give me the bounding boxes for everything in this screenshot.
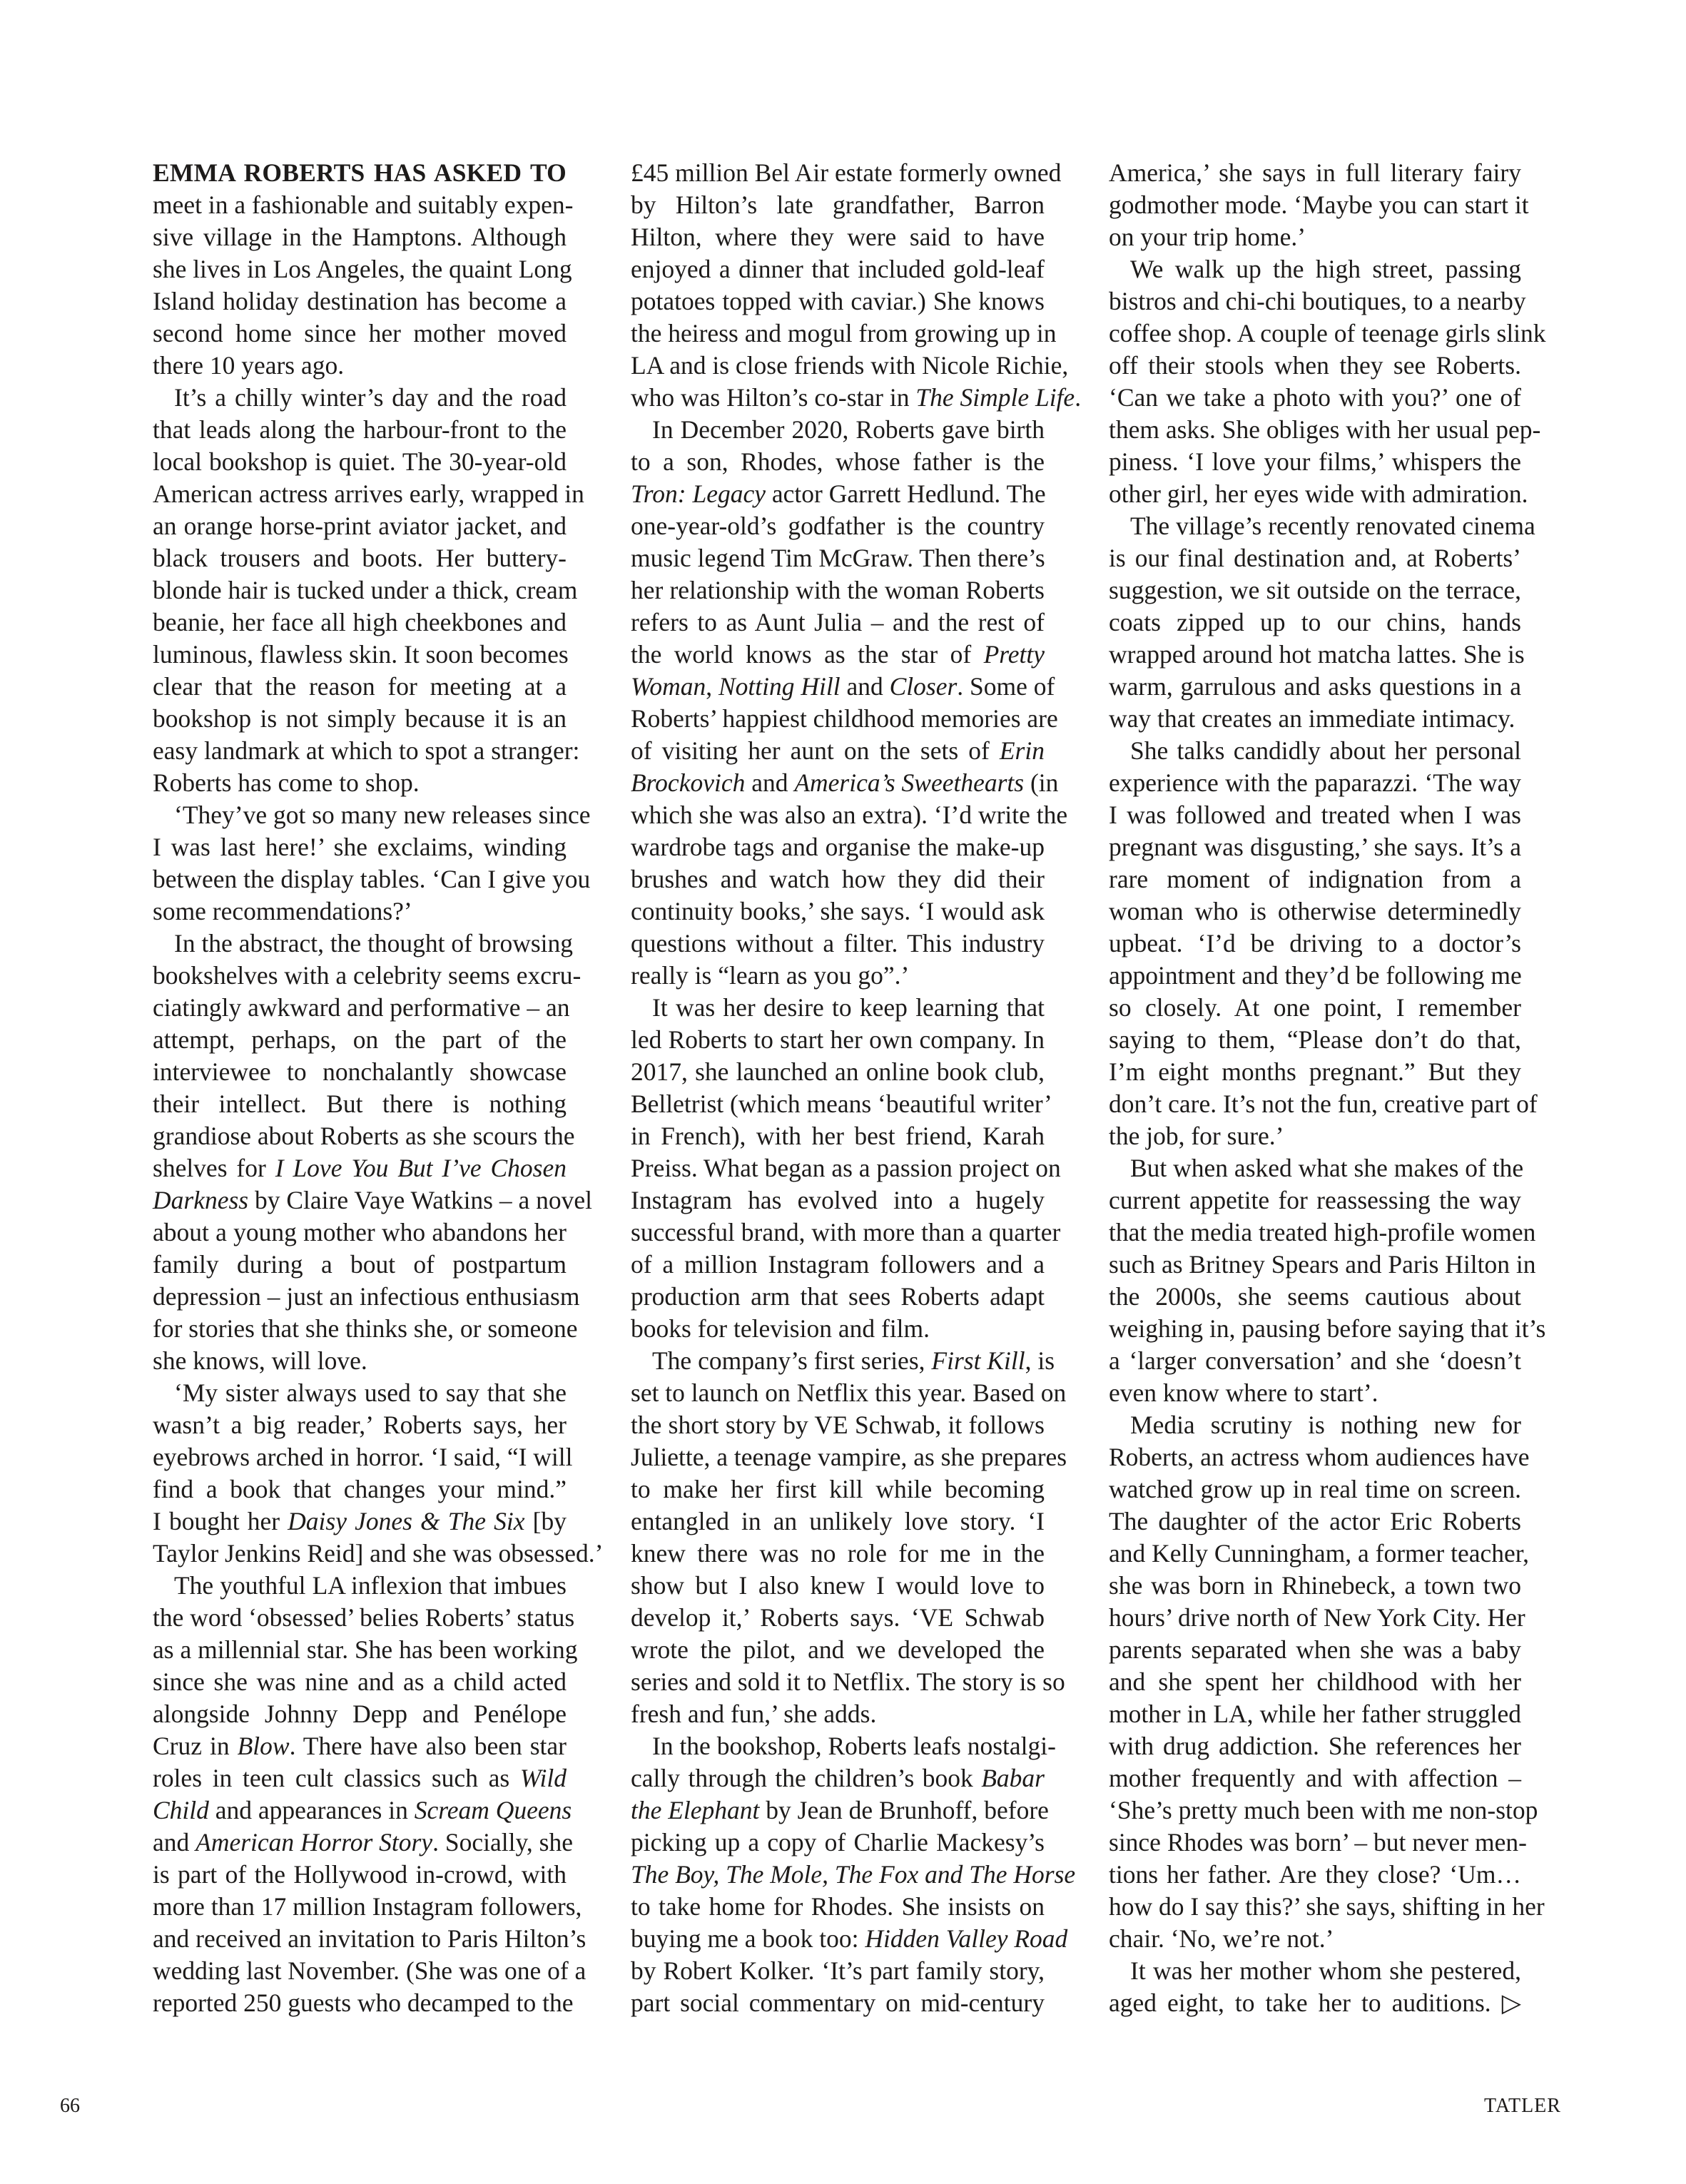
- text-run: wasn’t a big reader,’ Roberts says, her: [153, 1411, 567, 1439]
- text-line: appointment and they’d be following me: [1109, 960, 1521, 992]
- text-line: find a book that changes your mind.”: [153, 1473, 567, 1505]
- text-run: blonde hair is tucked under a thick, cre…: [153, 576, 577, 604]
- title-italic: Brockovich: [631, 768, 745, 797]
- text-line: and American Horror Story. Socially, she: [153, 1827, 567, 1859]
- text-line: Roberts’ happiest childhood memories are: [631, 703, 1045, 735]
- text-run: appointment and they’d be following me: [1109, 961, 1522, 990]
- text-run: It was her mother whom she pestered,: [1130, 1956, 1521, 1985]
- title-italic: Notting Hill: [718, 672, 841, 701]
- text-line: Belletrist (which means ‘beautiful write…: [631, 1088, 1045, 1120]
- text-run: roles in teen cult classics such as: [153, 1764, 520, 1792]
- text-run: Cruz in: [153, 1732, 238, 1760]
- text-line: ‘Can we take a photo with you?’ one of: [1109, 382, 1521, 414]
- text-run: But when asked what she makes of the: [1130, 1154, 1523, 1182]
- text-line: wasn’t a big reader,’ Roberts says, her: [153, 1409, 567, 1441]
- title-italic: Woman: [631, 672, 706, 701]
- text-line: books for television and film.: [631, 1313, 1045, 1345]
- text-run: alongside Johnny Depp and Penélope: [153, 1700, 567, 1728]
- text-line: successful brand, with more than a quart…: [631, 1217, 1045, 1249]
- text-run: ‘They’ve got so many new releases since: [174, 801, 591, 829]
- text-line: buying me a book too: Hidden Valley Road: [631, 1923, 1045, 1955]
- text-run: music legend Tim McGraw. Then there’s: [631, 544, 1045, 572]
- text-run: set to launch on Netflix this year. Base…: [631, 1378, 1066, 1407]
- text-run: parents separated when she was a baby: [1109, 1635, 1521, 1664]
- text-line: part social commentary on mid-century: [631, 1987, 1045, 2019]
- text-run: suggestion, we sit outside on the terrac…: [1109, 576, 1521, 604]
- text-run: LA and is close friends with Nicole Rich…: [631, 351, 1068, 380]
- text-line: and Kelly Cunningham, a former teacher,: [1109, 1538, 1521, 1570]
- text-line: that leads along the harbour-front to th…: [153, 414, 567, 446]
- text-line: and received an invitation to Paris Hilt…: [153, 1923, 567, 1955]
- text-line: Child and appearances in Scream Queens: [153, 1794, 567, 1827]
- text-run: really is “learn as you go”.’: [631, 961, 909, 990]
- text-run: Preiss. What began as a passion project …: [631, 1154, 1061, 1182]
- text-line: But when asked what she makes of the: [1109, 1152, 1521, 1184]
- text-line: knew there was no role for me in the: [631, 1538, 1045, 1570]
- text-run: ciatingly awkward and performative – an: [153, 993, 570, 1022]
- text-run: questions without a filter. This industr…: [631, 929, 1045, 958]
- text-line: the Elephant by Jean de Brunhoff, before: [631, 1794, 1045, 1827]
- text-run: interviewee to nonchalantly showcase: [153, 1057, 567, 1086]
- text-run: attempt, perhaps, on the part of the: [153, 1025, 567, 1054]
- text-run: black trousers and boots. Her buttery-: [153, 544, 567, 572]
- text-line: beanie, her face all high cheekbones and: [153, 606, 567, 639]
- text-run: shelves for: [153, 1154, 275, 1182]
- text-run: meet in a fashionable and suitably expen…: [153, 191, 574, 219]
- text-run: way that creates an immediate intimacy.: [1109, 704, 1515, 733]
- text-run: find a book that changes your mind.”: [153, 1475, 567, 1503]
- text-run: production arm that sees Roberts adapt: [631, 1282, 1045, 1311]
- text-line: saying to them, “Please don’t do that,: [1109, 1024, 1521, 1056]
- text-run: series and sold it to Netflix. The story…: [631, 1667, 1065, 1696]
- text-line: picking up a copy of Charlie Mackesy’s: [631, 1827, 1045, 1859]
- text-line: Roberts, an actress whom audiences have: [1109, 1441, 1521, 1473]
- text-run: picking up a copy of Charlie Mackesy’s: [631, 1828, 1045, 1857]
- text-line: bookshop is not simply because it is an: [153, 703, 567, 735]
- text-run: their intellect. But there is nothing: [153, 1090, 567, 1118]
- text-line: wrapped around hot matcha lattes. She is: [1109, 639, 1521, 671]
- text-run: coffee shop. A couple of teenage girls s…: [1109, 319, 1546, 347]
- text-line: bookshelves with a celebrity seems excru…: [153, 960, 567, 992]
- text-line: some recommendations?’: [153, 895, 567, 928]
- text-line: local bookshop is quiet. The 30-year-old: [153, 446, 567, 478]
- text-run: by Jean de Brunhoff, before: [759, 1796, 1049, 1824]
- text-run: since she was nine and as a child acted: [153, 1667, 567, 1696]
- text-run: the word ‘obsessed’ belies Roberts’ stat…: [153, 1603, 574, 1632]
- text-run: even know where to start’.: [1109, 1378, 1378, 1407]
- article-column-2: £45 million Bel Air estate formerly owne…: [631, 157, 1045, 2019]
- text-run: how do I say this?’ she says, shifting i…: [1109, 1892, 1545, 1921]
- text-line: refers to as Aunt Julia – and the rest o…: [631, 606, 1045, 639]
- text-line: is our final destination and, at Roberts…: [1109, 542, 1521, 574]
- text-run: Roberts’ happiest childhood memories are: [631, 704, 1058, 733]
- text-line: wedding last November. (She was one of a: [153, 1955, 567, 1987]
- text-run: on your trip home.’: [1109, 223, 1306, 251]
- text-run: bistros and chi-chi boutiques, to a near…: [1109, 287, 1526, 315]
- text-line: ‘They’ve got so many new releases since: [153, 799, 567, 831]
- text-run: coats zipped up to our chins, hands: [1109, 608, 1521, 636]
- text-run: for stories that she thinks she, or some…: [153, 1314, 578, 1343]
- text-line: Island holiday destination has become a: [153, 285, 567, 318]
- title-italic: Tron: Legacy: [631, 479, 766, 508]
- text-run: upbeat. ‘I’d be driving to a doctor’s: [1109, 929, 1521, 958]
- text-run: develop it,’ Roberts says. ‘VE Schwab: [631, 1603, 1045, 1632]
- text-run: wrote the pilot, and we developed the: [631, 1635, 1045, 1664]
- text-line: for stories that she thinks she, or some…: [153, 1313, 567, 1345]
- text-run: piness. ‘I love your films,’ whispers th…: [1109, 447, 1521, 476]
- text-run: eyebrows arched in horror. ‘I said, “I w…: [153, 1443, 573, 1471]
- text-run: an orange horse-print aviator jacket, an…: [153, 512, 567, 540]
- text-run: ‘She’s pretty much been with me non-stop: [1109, 1796, 1538, 1824]
- text-run: bookshop is not simply because it is an: [153, 704, 567, 733]
- text-line: a ‘larger conversation’ and she ‘doesn’t: [1109, 1345, 1521, 1377]
- text-line: her relationship with the woman Roberts: [631, 574, 1045, 606]
- text-run: about a young mother who abandons her: [153, 1218, 567, 1246]
- text-run: depression – just an infectious enthusia…: [153, 1282, 579, 1311]
- text-line: experience with the paparazzi. ‘The way: [1109, 767, 1521, 799]
- text-run: with drug addiction. She references her: [1109, 1732, 1521, 1760]
- text-run: the job, for sure.’: [1109, 1122, 1284, 1150]
- text-line: meet in a fashionable and suitably expen…: [153, 189, 567, 221]
- text-line: family during a bout of postpartum: [153, 1249, 567, 1281]
- text-run: (in: [1024, 768, 1058, 797]
- text-run: to a son, Rhodes, whose father is the: [631, 447, 1045, 476]
- publication-name: TATLER: [1484, 2095, 1561, 2118]
- article-column-1: EMMA ROBERTS HAS ASKED TOmeet in a fashi…: [153, 157, 567, 2019]
- text-run: by Hilton’s late grandfather, Barron: [631, 191, 1045, 219]
- text-line: mother frequently and with affection –: [1109, 1762, 1521, 1794]
- text-run: a ‘larger conversation’ and she ‘doesn’t: [1109, 1346, 1521, 1375]
- text-line: ‘My sister always used to say that she: [153, 1377, 567, 1409]
- text-line: even know where to start’.: [1109, 1377, 1521, 1409]
- text-line: mother in LA, while her father struggled: [1109, 1698, 1521, 1730]
- text-line: how do I say this?’ she says, shifting i…: [1109, 1891, 1521, 1923]
- text-line: alongside Johnny Depp and Penélope: [153, 1698, 567, 1730]
- text-line: pregnant was disgusting,’ she says. It’s…: [1109, 831, 1521, 863]
- text-run: weighing in, pausing before saying that …: [1109, 1314, 1545, 1343]
- text-run: sive village in the Hamptons. Although: [153, 223, 567, 251]
- text-line: clear that the reason for meeting at a: [153, 671, 567, 703]
- text-run: wedding last November. (She was one of a: [153, 1956, 586, 1985]
- text-line: of a million Instagram followers and a: [631, 1249, 1045, 1281]
- text-line: parents separated when she was a baby: [1109, 1634, 1521, 1666]
- text-line: fresh and fun,’ she adds.: [631, 1698, 1045, 1730]
- title-italic: Babar: [981, 1764, 1045, 1792]
- text-line: ciatingly awkward and performative – an: [153, 992, 567, 1024]
- title-italic: The Simple Life: [915, 383, 1075, 412]
- text-line: In December 2020, Roberts gave birth: [631, 414, 1045, 446]
- text-run: mother frequently and with affection –: [1109, 1764, 1521, 1792]
- text-run: [by: [525, 1507, 567, 1535]
- text-line: luminous, flawless skin. It soon becomes: [153, 639, 567, 671]
- text-run: and: [153, 1828, 195, 1857]
- text-run: which she was also an extra). ‘I’d write…: [631, 801, 1067, 829]
- text-run: by Robert Kolker. ‘It’s part family stor…: [631, 1956, 1045, 1985]
- text-run: The village’s recently renovated cinema: [1130, 512, 1535, 540]
- text-line: the short story by VE Schwab, it follows: [631, 1409, 1045, 1441]
- text-line: aged eight, to take her to auditions. ▷: [1109, 1987, 1521, 2019]
- text-run: one-year-old’s godfather is the country: [631, 512, 1045, 540]
- text-line: off their stools when they see Roberts.: [1109, 350, 1521, 382]
- text-run: the short story by VE Schwab, it follows: [631, 1411, 1045, 1439]
- text-line: hours’ drive north of New York City. Her: [1109, 1602, 1521, 1634]
- text-run: don’t care. It’s not the fun, creative p…: [1109, 1090, 1538, 1118]
- text-run: that leads along the harbour-front to th…: [153, 415, 567, 444]
- text-run: the 2000s, she seems cautious about: [1109, 1282, 1521, 1311]
- magazine-page: EMMA ROBERTS HAS ASKED TOmeet in a fashi…: [0, 0, 1686, 2184]
- text-line: Woman, Notting Hill and Closer. Some of: [631, 671, 1045, 703]
- text-run: there 10 years ago.: [153, 351, 344, 380]
- text-line: to a son, Rhodes, whose father is the: [631, 446, 1045, 478]
- text-run: continuity books,’ she says. ‘I would as…: [631, 897, 1045, 925]
- text-line: about a young mother who abandons her: [153, 1217, 567, 1249]
- text-run: mother in LA, while her father struggled: [1109, 1700, 1521, 1728]
- text-line: music legend Tim McGraw. Then there’s: [631, 542, 1045, 574]
- article-lead-in: EMMA ROBERTS HAS ASKED TO: [153, 158, 567, 187]
- text-run: part social commentary on mid-century: [631, 1989, 1045, 2017]
- text-line: I’m eight months pregnant.” But they: [1109, 1056, 1521, 1088]
- text-run: The company’s first series,: [652, 1346, 931, 1375]
- text-run: luminous, flawless skin. It soon becomes: [153, 640, 569, 669]
- text-line: weighing in, pausing before saying that …: [1109, 1313, 1521, 1345]
- title-italic: Closer: [890, 672, 958, 701]
- text-line: entangled in an unlikely love story. ‘I: [631, 1505, 1045, 1538]
- text-line: eyebrows arched in horror. ‘I said, “I w…: [153, 1441, 567, 1473]
- text-run: 2017, she launched an online book club,: [631, 1057, 1045, 1086]
- text-line: them asks. She obliges with her usual pe…: [1109, 414, 1521, 446]
- title-italic: Daisy Jones & The Six: [288, 1507, 524, 1535]
- text-run: watched grow up in real time on screen.: [1109, 1475, 1521, 1503]
- text-line: of visiting her aunt on the sets of Erin: [631, 735, 1045, 767]
- text-run: .: [1075, 383, 1081, 412]
- text-run: off their stools when they see Roberts.: [1109, 351, 1521, 380]
- text-line: more than 17 million Instagram followers…: [153, 1891, 567, 1923]
- text-run: between the display tables. ‘Can I give …: [153, 865, 590, 893]
- text-line: ‘She’s pretty much been with me non-stop: [1109, 1794, 1521, 1827]
- text-run: show but I also knew I would love to: [631, 1571, 1045, 1600]
- text-line: production arm that sees Roberts adapt: [631, 1281, 1045, 1313]
- text-line: Darkness by Claire Vaye Watkins – a nove…: [153, 1184, 567, 1217]
- text-line: LA and is close friends with Nicole Rich…: [631, 350, 1045, 382]
- text-run: tions her father. Are they close? ‘Um…: [1109, 1860, 1521, 1889]
- text-run: her relationship with the woman Roberts: [631, 576, 1045, 604]
- text-run: She talks candidly about her personal: [1130, 736, 1521, 765]
- text-line: 2017, she launched an online book club,: [631, 1056, 1045, 1088]
- text-run: potatoes topped with caviar.) She knows: [631, 287, 1045, 315]
- text-run: that the media treated high-profile wome…: [1109, 1218, 1535, 1246]
- text-run: more than 17 million Instagram followers…: [153, 1892, 582, 1921]
- text-run: I was followed and treated when I was: [1109, 801, 1521, 829]
- text-run: led Roberts to start her own company. In: [631, 1025, 1045, 1054]
- text-line: led Roberts to start her own company. In: [631, 1024, 1045, 1056]
- text-run: In the bookshop, Roberts leafs nostalgi-: [652, 1732, 1056, 1760]
- text-line: EMMA ROBERTS HAS ASKED TO: [153, 157, 567, 189]
- text-line: It was her desire to keep learning that: [631, 992, 1045, 1024]
- text-line: Taylor Jenkins Reid] and she was obsesse…: [153, 1538, 567, 1570]
- text-line: warm, garrulous and asks questions in a: [1109, 671, 1521, 703]
- text-line: In the bookshop, Roberts leafs nostalgi-: [631, 1730, 1045, 1762]
- text-line: coats zipped up to our chins, hands: [1109, 606, 1521, 639]
- text-run: and: [745, 768, 794, 797]
- text-line: chair. ‘No, we’re not.’: [1109, 1923, 1521, 1955]
- text-run: grandiose about Roberts as she scours th…: [153, 1122, 575, 1150]
- text-line: by Robert Kolker. ‘It’s part family stor…: [631, 1955, 1045, 1987]
- text-run: chair. ‘No, we’re not.’: [1109, 1924, 1334, 1953]
- text-run: who was Hilton’s co-star in: [631, 383, 915, 412]
- text-run: The youthful LA inflexion that imbues: [174, 1571, 567, 1600]
- text-line: suggestion, we sit outside on the terrac…: [1109, 574, 1521, 606]
- text-line: there 10 years ago.: [153, 350, 567, 382]
- text-line: series and sold it to Netflix. The story…: [631, 1666, 1045, 1698]
- page-number: 66: [60, 2095, 80, 2118]
- text-line: as a millennial star. She has been worki…: [153, 1634, 567, 1666]
- text-line: sive village in the Hamptons. Although: [153, 221, 567, 253]
- text-run: them asks. She obliges with her usual pe…: [1109, 415, 1540, 444]
- text-run: Instagram has evolved into a hugely: [631, 1186, 1045, 1214]
- text-run: £45 million Bel Air estate formerly owne…: [631, 158, 1061, 187]
- text-line: Instagram has evolved into a hugely: [631, 1184, 1045, 1217]
- text-run: knew there was no role for me in the: [631, 1539, 1045, 1568]
- text-line: The daughter of the actor Eric Roberts: [1109, 1505, 1521, 1538]
- text-run: since Rhodes was born’ – but never men-: [1109, 1828, 1527, 1857]
- text-run: so closely. At one point, I remember: [1109, 993, 1521, 1022]
- text-line: such as Britney Spears and Paris Hilton …: [1109, 1249, 1521, 1281]
- text-line: continuity books,’ she says. ‘I would as…: [631, 895, 1045, 928]
- text-line: way that creates an immediate intimacy.: [1109, 703, 1521, 735]
- text-run: wrapped around hot matcha lattes. She is: [1109, 640, 1525, 669]
- text-line: by Hilton’s late grandfather, Barron: [631, 189, 1045, 221]
- text-run: and: [841, 672, 890, 701]
- text-run: American actress arrives early, wrapped …: [153, 479, 584, 508]
- title-italic: America’s Sweethearts: [794, 768, 1024, 797]
- text-line: the 2000s, she seems cautious about: [1109, 1281, 1521, 1313]
- text-run: . Socially, she: [432, 1828, 573, 1857]
- text-run: aged eight, to take her to auditions.: [1109, 1989, 1502, 2017]
- text-line: watched grow up in real time on screen.: [1109, 1473, 1521, 1505]
- text-run: and she spent her childhood with her: [1109, 1667, 1521, 1696]
- text-line: to make her first kill while becoming: [631, 1473, 1045, 1505]
- text-line: cally through the children’s book Babar: [631, 1762, 1045, 1794]
- text-run: hours’ drive north of New York City. Her: [1109, 1603, 1525, 1632]
- text-line: black trousers and boots. Her buttery-: [153, 542, 567, 574]
- text-line: rare moment of indignation from a: [1109, 863, 1521, 895]
- text-line: their intellect. But there is nothing: [153, 1088, 567, 1120]
- text-run: beanie, her face all high cheekbones and: [153, 608, 567, 636]
- text-run: she was born in Rhinebeck, a town two: [1109, 1571, 1521, 1600]
- text-run: cally through the children’s book: [631, 1764, 981, 1792]
- text-run: in French), with her best friend, Karah: [631, 1122, 1045, 1150]
- text-run: We walk up the high street, passing: [1130, 255, 1521, 283]
- continue-arrow-icon: ▷: [1502, 1989, 1521, 2017]
- text-run: . There have also been star: [290, 1732, 567, 1760]
- text-run: family during a bout of postpartum: [153, 1250, 567, 1279]
- text-run: buying me a book too:: [631, 1924, 865, 1953]
- title-italic: Hidden Valley Road: [865, 1924, 1067, 1953]
- text-line: bistros and chi-chi boutiques, to a near…: [1109, 285, 1521, 318]
- text-run: to make her first kill while becoming: [631, 1475, 1045, 1503]
- text-line: since she was nine and as a child acted: [153, 1666, 567, 1698]
- text-run: Island holiday destination has become a: [153, 287, 567, 315]
- text-line: the job, for sure.’: [1109, 1120, 1521, 1152]
- text-run: bookshelves with a celebrity seems excru…: [153, 961, 581, 990]
- text-line: she knows, will love.: [153, 1345, 567, 1377]
- text-line: set to launch on Netflix this year. Base…: [631, 1377, 1045, 1409]
- text-run: she knows, will love.: [153, 1346, 367, 1375]
- title-italic: The Boy, The Mole, The Fox and The Horse: [631, 1860, 1075, 1889]
- text-line: I bought her Daisy Jones & The Six [by: [153, 1505, 567, 1538]
- text-line: develop it,’ Roberts says. ‘VE Schwab: [631, 1602, 1045, 1634]
- title-italic: I Love You But I’ve Chosen: [275, 1154, 567, 1182]
- text-run: I bought her: [153, 1507, 288, 1535]
- text-run: Juliette, a teenage vampire, as she prep…: [631, 1443, 1067, 1471]
- text-line: show but I also knew I would love to: [631, 1570, 1045, 1602]
- text-run: saying to them, “Please don’t do that,: [1109, 1025, 1521, 1054]
- text-run: the heiress and mogul from growing up in: [631, 319, 1057, 347]
- text-line: piness. ‘I love your films,’ whispers th…: [1109, 446, 1521, 478]
- text-run: The daughter of the actor Eric Roberts: [1109, 1507, 1521, 1535]
- title-italic: Erin: [1000, 736, 1045, 765]
- text-run: . Some of: [957, 672, 1055, 701]
- text-line: Juliette, a teenage vampire, as she prep…: [631, 1441, 1045, 1473]
- text-line: The village’s recently renovated cinema: [1109, 510, 1521, 542]
- text-run: brushes and watch how they did their: [631, 865, 1045, 893]
- text-run: clear that the reason for meeting at a: [153, 672, 567, 701]
- title-italic: Child: [153, 1796, 209, 1824]
- text-run: It was her desire to keep learning that: [652, 993, 1045, 1022]
- text-line: since Rhodes was born’ – but never men-: [1109, 1827, 1521, 1859]
- text-line: enjoyed a dinner that included gold-leaf: [631, 253, 1045, 285]
- text-run: It’s a chilly winter’s day and the road: [174, 383, 567, 412]
- text-line: that the media treated high-profile wome…: [1109, 1217, 1521, 1249]
- title-italic: American Horror Story: [195, 1828, 432, 1857]
- text-line: wardrobe tags and organise the make-up: [631, 831, 1045, 863]
- text-line: interviewee to nonchalantly showcase: [153, 1056, 567, 1088]
- text-line: one-year-old’s godfather is the country: [631, 510, 1045, 542]
- text-run: entangled in an unlikely love story. ‘I: [631, 1507, 1045, 1535]
- text-run: rare moment of indignation from a: [1109, 865, 1521, 893]
- text-run: ‘My sister always used to say that she: [174, 1378, 567, 1407]
- text-run: experience with the paparazzi. ‘The way: [1109, 768, 1521, 797]
- text-run: woman who is otherwise determinedly: [1109, 897, 1521, 925]
- text-run: successful brand, with more than a quart…: [631, 1218, 1060, 1246]
- text-run: current appetite for reassessing the way: [1109, 1186, 1521, 1214]
- text-run: local bookshop is quiet. The 30-year-old: [153, 447, 567, 476]
- title-italic: Pretty: [984, 640, 1045, 669]
- text-run: books for television and film.: [631, 1314, 930, 1343]
- text-line: Roberts has come to shop.: [153, 767, 567, 799]
- text-run: Belletrist (which means ‘beautiful write…: [631, 1090, 1052, 1118]
- text-run: fresh and fun,’ she adds.: [631, 1700, 876, 1728]
- text-line: Brockovich and America’s Sweethearts (in: [631, 767, 1045, 799]
- text-line: she lives in Los Angeles, the quaint Lon…: [153, 253, 567, 285]
- text-run: refers to as Aunt Julia – and the rest o…: [631, 608, 1045, 636]
- article-column-3: America,’ she says in full literary fair…: [1109, 157, 1521, 2019]
- text-line: other girl, her eyes wide with admiratio…: [1109, 478, 1521, 510]
- text-run: easy landmark at which to spot a strange…: [153, 736, 579, 765]
- text-line: the world knows as the star of Pretty: [631, 639, 1045, 671]
- title-italic: Wild: [520, 1764, 567, 1792]
- text-run: enjoyed a dinner that included gold-leaf: [631, 255, 1045, 283]
- text-line: We walk up the high street, passing: [1109, 253, 1521, 285]
- text-run: I was last here!’ she exclaims, winding: [153, 833, 567, 861]
- text-line: potatoes topped with caviar.) She knows: [631, 285, 1045, 318]
- text-run: Media scrutiny is nothing new for: [1130, 1411, 1521, 1439]
- title-italic: the Elephant: [631, 1796, 759, 1824]
- text-line: attempt, perhaps, on the part of the: [153, 1024, 567, 1056]
- text-run: Taylor Jenkins Reid] and she was obsesse…: [153, 1539, 603, 1568]
- text-run: second home since her mother moved: [153, 319, 567, 347]
- text-line: The youthful LA inflexion that imbues: [153, 1570, 567, 1602]
